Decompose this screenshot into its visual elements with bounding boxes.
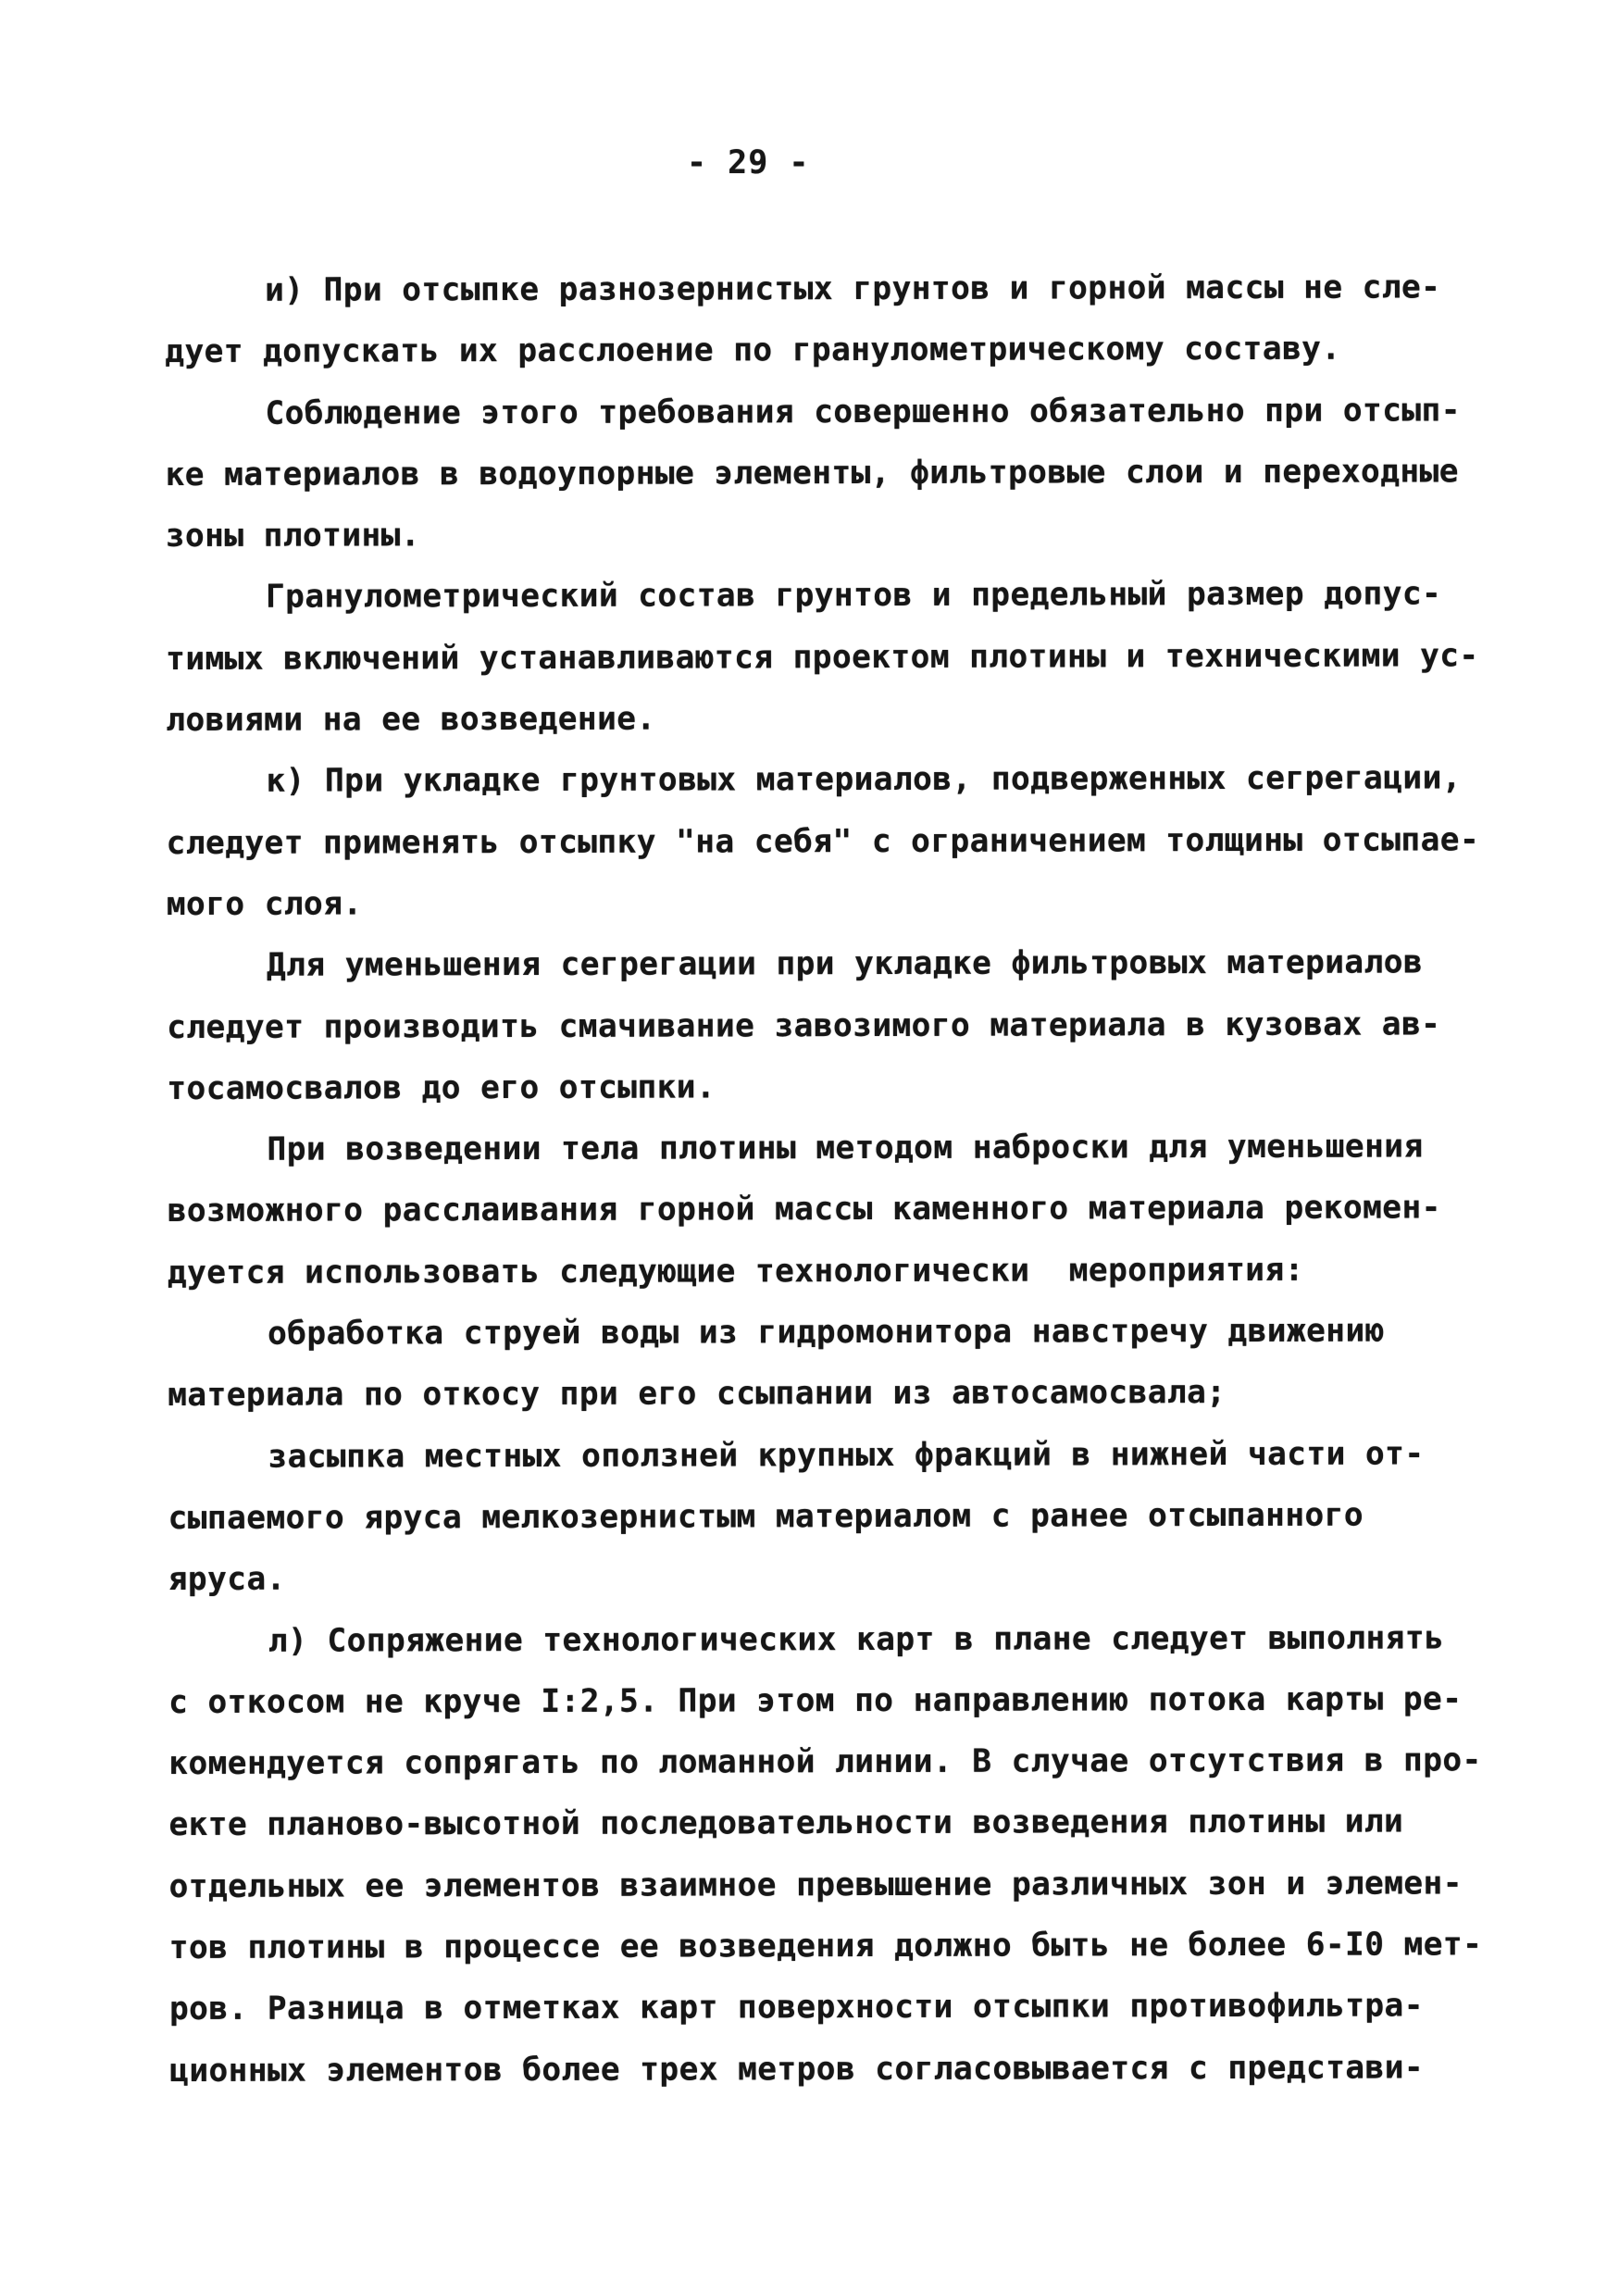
- text-line: мого слоя.: [167, 870, 1481, 935]
- text-line: ционных элементов более трех метров согл…: [169, 2037, 1484, 2102]
- text-line: Гранулометрический состав грунтов и пред…: [166, 564, 1480, 629]
- text-line: отдельных ее элементов взаимное превышен…: [169, 1853, 1484, 1917]
- text-line: зоны плотины.: [166, 502, 1480, 567]
- text-line: комендуется сопрягать по ломанной линии.…: [168, 1729, 1483, 1794]
- text-line: ке материалов в водоупорные элементы, фи…: [166, 441, 1480, 505]
- document-page: - 29 - и) При отсыпке разнозернистых гру…: [0, 0, 1619, 2296]
- text-line: тимых включений устанавливаются проектом…: [166, 625, 1480, 690]
- text-line: ловиями на ее возведение.: [166, 686, 1480, 751]
- text-line: Соблюдение этого требования совершенно о…: [165, 380, 1479, 444]
- text-line: тов плотины в процессе ее возведения дол…: [169, 1914, 1484, 1978]
- text-line: засыпка местных оползней крупных фракций…: [168, 1423, 1482, 1488]
- text-line: л) Сопряжение технологических карт в пла…: [168, 1607, 1483, 1672]
- text-line: При возведении тела плотины методом набр…: [167, 1116, 1481, 1180]
- text-line: ров. Разница в отметках карт поверхности…: [169, 1976, 1484, 2040]
- text-line: яруса.: [168, 1546, 1483, 1611]
- text-line: сыпаемого яруса мелкозернистым материало…: [168, 1484, 1482, 1549]
- text-line: с откосом не круче I:2,5. При этом по на…: [168, 1668, 1483, 1733]
- text-line: дует допускать их расслоение по гранулом…: [165, 318, 1479, 383]
- text-line: Для уменьшения сегрегации при укладке фи…: [167, 932, 1481, 997]
- text-line: и) При отсыпке разнозернистых грунтов и …: [165, 256, 1479, 321]
- text-line: тосамосвалов до его отсыпки.: [167, 1054, 1481, 1119]
- text-body: и) При отсыпке разнозернистых грунтов и …: [165, 256, 1484, 2102]
- page-number: - 29 -: [687, 144, 809, 181]
- text-line: екте планово-высотной последовательности…: [168, 1791, 1483, 1856]
- text-line: следует производить смачивание завозимог…: [167, 993, 1481, 1058]
- text-line: материала по откосу при его ссыпании из …: [168, 1362, 1482, 1427]
- text-line: к) При укладке грунтовых материалов, под…: [166, 748, 1480, 813]
- text-line: возможного расслаивания горной массы кам…: [168, 1178, 1482, 1242]
- text-line: следует применять отсыпку "на себя" с ог…: [167, 809, 1481, 874]
- text-line: обработка струей воды из гидромонитора н…: [168, 1300, 1482, 1365]
- text-line: дуется использовать следующие технологич…: [168, 1239, 1482, 1304]
